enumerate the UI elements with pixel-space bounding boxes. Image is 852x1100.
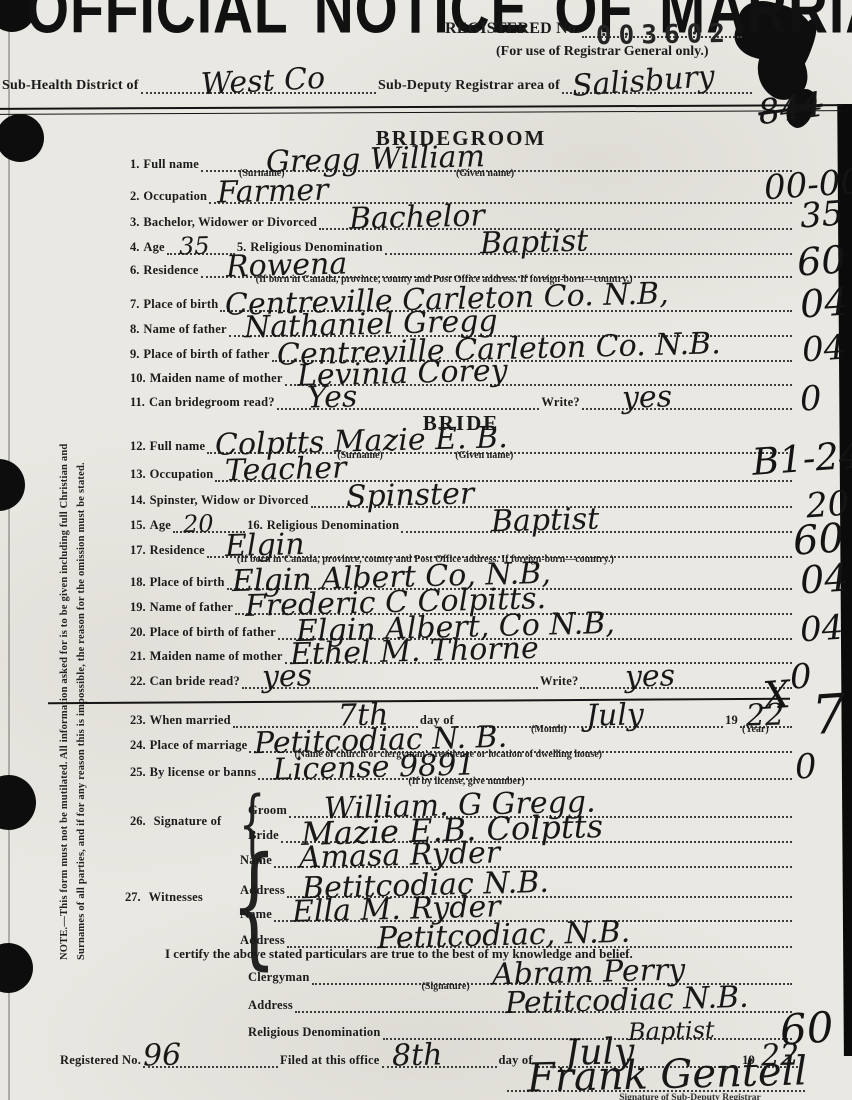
field-number: 2. <box>130 189 139 204</box>
field-number: 17. <box>130 543 146 558</box>
handwritten-value: yes <box>262 661 313 692</box>
margin-code-status-groom: 35 <box>799 197 845 234</box>
dotted-line: Colptts Mazie E. B. (Surname) (Given nam… <box>207 426 792 454</box>
registered-no-label: REGISTERED No. <box>445 20 580 38</box>
margin-code-when-married: 7 <box>810 687 848 743</box>
registrar-only-note: (For use of Registrar General only.) <box>496 44 709 60</box>
dotted-line: Amasa Ryder <box>274 840 792 868</box>
field-label: Full name <box>143 157 199 172</box>
dotted-line: Teacher <box>215 454 792 482</box>
field-label: Residence <box>143 263 198 278</box>
write-label: Write? <box>540 674 578 689</box>
dotted-line: Rowena (If born in Canada, province, cou… <box>201 250 792 278</box>
field-license-banns: 25. By license or banns License 9891 (If… <box>130 754 794 780</box>
field-signature-of: 26. Signature of <box>130 812 221 830</box>
field-bride-full-name: 12. Full name Colptts Mazie E. B. (Surna… <box>130 428 794 454</box>
field-number: 11. <box>130 395 145 410</box>
side-note: NOTE.—This form must not be mutilated. A… <box>56 338 96 960</box>
hole-punch <box>0 114 44 162</box>
write-label: Write? <box>541 395 579 410</box>
field-label: Can bridegroom read? <box>149 395 275 410</box>
field-label: By license or banns <box>150 765 257 780</box>
hole-punch <box>0 943 33 993</box>
handwritten-value: 8th <box>391 1040 442 1071</box>
field-label: Age <box>150 518 171 533</box>
field-label: Place of marriage <box>150 738 248 753</box>
margin-code-religion-groom: 60 <box>796 240 847 281</box>
field-number: 3. <box>130 215 139 230</box>
dotted-line: Baptist <box>401 505 792 533</box>
hole-punch <box>0 459 25 511</box>
side-note-line2: Surnames of all parties, and if for any … <box>73 338 90 960</box>
field-label: Residence <box>150 543 205 558</box>
field-number: 25. <box>130 765 146 780</box>
field-number: 22. <box>130 674 146 689</box>
field-witness1-name: Name Amasa Ryder <box>240 842 794 868</box>
paper-edge-line <box>8 0 10 1100</box>
handwritten-value: yes <box>625 661 676 692</box>
field-witness2-address: Address Petitcodiac, N.B. <box>240 922 794 948</box>
margin-code-father-birthplace-groom: 04 <box>801 331 847 368</box>
filed-label: Filed at this office <box>280 1053 379 1068</box>
dotted-line: Elgin (If born in Canada, province, coun… <box>207 530 792 558</box>
margin-code-father-birthplace-bride: 04 <box>799 611 845 648</box>
hole-punch <box>0 775 36 830</box>
field-groom-full-name: 1. Full name Gregg William (Surname) (Gi… <box>130 146 794 172</box>
field-label: Place of birth <box>143 297 218 312</box>
dotted-line: Ethel M. Thorne <box>285 636 792 664</box>
address-label: Address <box>248 998 293 1013</box>
dotted-line: Petitcodiac, N.B. <box>287 920 792 948</box>
sub-health-label: Sub-Health District of <box>2 78 139 94</box>
field-clergyman-address: Address Petitcodiac N.B. <box>248 987 794 1013</box>
field-number: 13. <box>130 467 146 482</box>
scanned-marriage-notice: OFFICIAL NOTICE OF MARRIAGE REGISTERED N… <box>0 0 852 1100</box>
field-number: 6. <box>130 263 139 278</box>
district-line: Sub-Health District of West Co Sub-Deput… <box>2 66 754 94</box>
field-number: 14. <box>130 493 146 508</box>
denomination-label: Religious Denomination <box>248 1025 381 1040</box>
handwritten-value: Yes <box>306 382 357 413</box>
margin-code-license: 0 <box>794 749 818 784</box>
dotted-line: yes <box>580 661 792 689</box>
clergyman-label: Clergyman <box>248 970 310 985</box>
header-rule <box>0 104 842 115</box>
field-label: Occupation <box>150 467 214 482</box>
field-label: Full name <box>150 439 206 454</box>
field-number: 21. <box>130 649 146 664</box>
dotted-line: Gregg William (Surname) (Given name) <box>201 144 792 172</box>
sub-health-value: West Co <box>200 64 326 100</box>
margin-code-birthplace-bride: 04 <box>799 558 850 599</box>
dotted-line: Petitcodiac N.B. <box>295 985 792 1013</box>
field-number: 15. <box>130 518 146 533</box>
field-number: 12. <box>130 439 146 454</box>
sub-deputy-label: Sub-Deputy Registrar area of <box>378 78 560 94</box>
field-clergyman-denomination: Religious Denomination Baptist <box>248 1014 794 1040</box>
field-number: 23. <box>130 713 146 728</box>
field-number: 18. <box>130 575 146 590</box>
field-witnesses: 27. Witnesses <box>125 888 203 906</box>
name-label: Name <box>240 907 272 922</box>
field-label: Name of father <box>150 600 233 615</box>
registered-label: Registered No. <box>60 1053 141 1068</box>
dotted-line: Frank Gentell <box>507 1064 805 1092</box>
dotted-line: 8th <box>382 1040 497 1068</box>
sub-deputy-value: Salisbury <box>571 62 716 102</box>
dotted-line: Yes <box>277 382 540 410</box>
registrar-sublabel: Signature of Sub-Deputy Registrar <box>560 1093 820 1100</box>
field-label: Signature of <box>154 814 222 828</box>
margin-code-literacy-groom: 0 <box>799 381 823 416</box>
field-number: 7. <box>130 297 139 312</box>
field-label: When married <box>150 713 231 728</box>
name-label: Name <box>240 853 272 868</box>
field-label: Place of birth <box>150 575 225 590</box>
dotted-line: Farmer <box>209 176 792 204</box>
field-registrar-signature: Frank Gentell <box>505 1066 807 1092</box>
dotted-line: West Co <box>141 64 376 94</box>
margin-cross-mark: X <box>762 675 792 715</box>
margin-mark: 844 <box>756 88 825 131</box>
handwritten-value: 96 <box>143 1041 182 1072</box>
margin-code-full-name-bride: B1-24 <box>751 436 852 481</box>
dotted-line: Petitcodiac N. B. (Name of church or cle… <box>249 725 792 753</box>
field-label: Can bride read? <box>150 674 240 689</box>
side-note-line1: NOTE.—This form must not be mutilated. A… <box>56 338 73 960</box>
field-bride-literacy: 22. Can bride read? yes Write? yes <box>130 663 794 689</box>
field-label: Witnesses <box>149 890 203 904</box>
field-number: 8. <box>130 322 139 337</box>
dotted-line: yes <box>582 382 792 410</box>
dotted-line: 96 <box>143 1040 278 1068</box>
dotted-line: Salisbury <box>562 64 752 94</box>
field-label: Occupation <box>143 189 207 204</box>
field-number: 1. <box>130 157 139 172</box>
dotted-line: License 9891 (If by license, give number… <box>258 752 792 780</box>
field-number: 24. <box>130 738 146 753</box>
field-number: 19. <box>130 600 146 615</box>
field-bride-residence: 17. Residence Elgin (If born in Canada, … <box>130 532 794 558</box>
license-sublabel: (If by license, give number) <box>408 776 524 787</box>
dotted-line: yes <box>242 661 538 689</box>
field-number: 27. <box>125 890 141 904</box>
field-number: 26. <box>130 814 146 828</box>
handwritten-value: Frank Gentell <box>527 1051 808 1098</box>
handwritten-value: yes <box>621 382 672 413</box>
field-groom-literacy: 11. Can bridegroom read? Yes Write? yes <box>130 384 794 410</box>
margin-code-birthplace-groom: 04 <box>799 282 850 323</box>
margin-code-denomination: 60 <box>779 1006 835 1052</box>
field-label: Name of father <box>143 322 226 337</box>
field-groom-residence: 6. Residence Rowena (If born in Canada, … <box>130 252 794 278</box>
